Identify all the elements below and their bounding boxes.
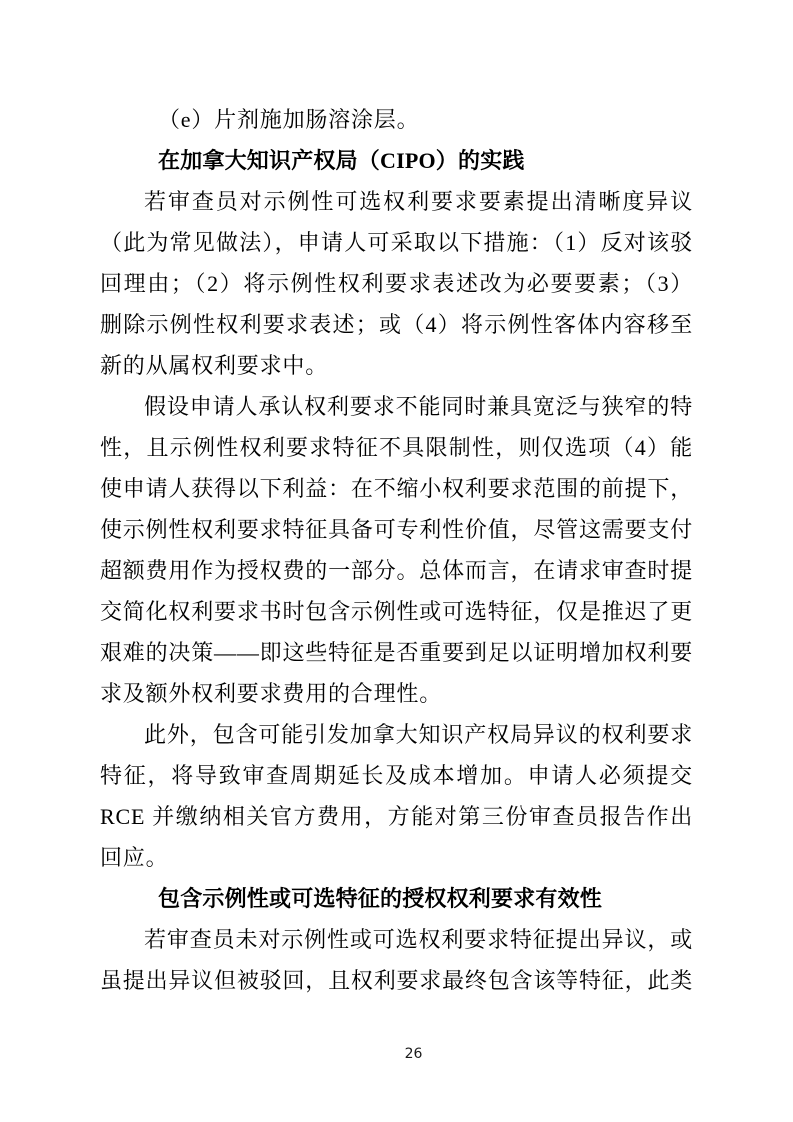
list-item-e: （e）片剂施加肠溶涂层。 [100, 99, 693, 140]
para-validity-if-no-objection: 若审查员未对示例性或可选权利要求特征提出异议，或虽提出异议但被驳回，且权利要求最… [100, 919, 693, 1001]
para-clarity-objection-options: 若审查员对示例性可选权利要求要素提出清晰度异议（此为常见做法），申请人可采取以下… [100, 181, 693, 386]
page-number: 26 [405, 1046, 423, 1062]
page-body-text: （e）片剂施加肠溶涂层。在加拿大知识产权局（CIPO）的实践若审查员对示例性可选… [100, 99, 693, 1001]
para-option4-benefits: 假设申请人承认权利要求不能同时兼具宽泛与狭窄的特性，且示例性权利要求特征不具限制… [100, 386, 693, 714]
heading-granted-claims-validity: 包含示例性或可选特征的授权权利要求有效性 [100, 878, 693, 919]
heading-cipo-practice: 在加拿大知识产权局（CIPO）的实践 [100, 140, 693, 181]
document-page: （e）片剂施加肠溶涂层。在加拿大知识产权局（CIPO）的实践若审查员对示例性可选… [0, 0, 793, 1122]
page-footer: 26 [0, 1045, 793, 1063]
para-rce-costs: 此外，包含可能引发加拿大知识产权局异议的权利要求特征，将导致审查周期延长及成本增… [100, 714, 693, 878]
